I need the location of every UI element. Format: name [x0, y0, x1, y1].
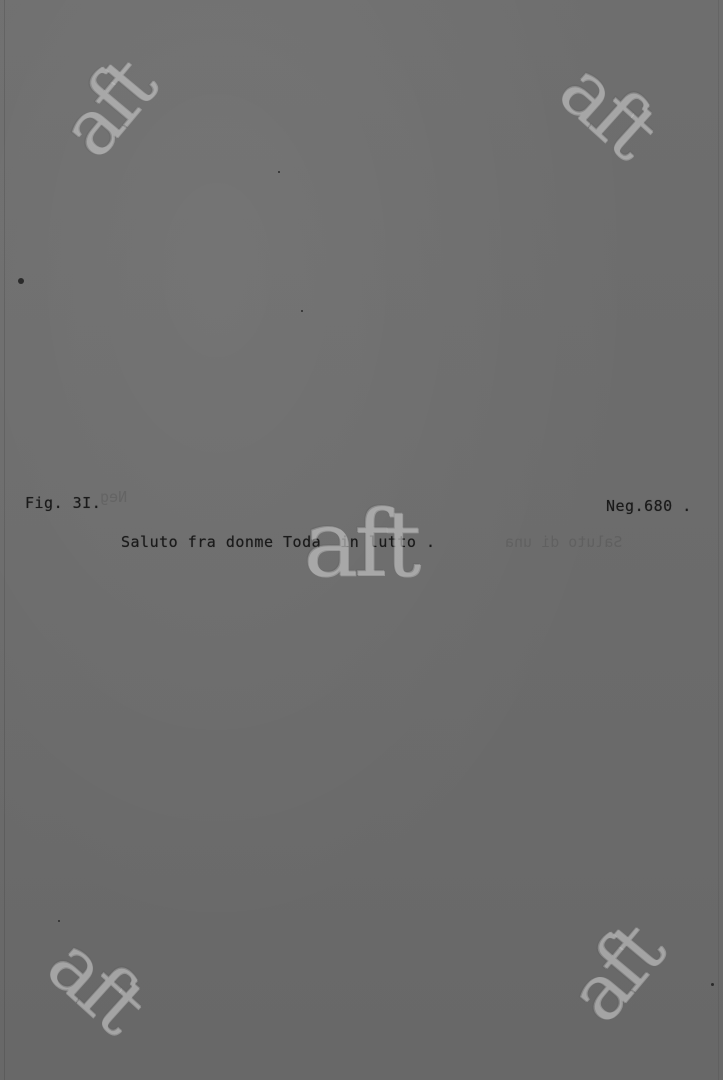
watermark-center: aft — [303, 498, 417, 590]
dust-speck — [711, 983, 714, 986]
dust-speck — [278, 171, 280, 173]
watermark-top-right: aft — [546, 48, 669, 169]
dust-speck — [301, 310, 303, 312]
negative-number: Neg.680 . — [606, 497, 692, 515]
dust-speck — [58, 920, 60, 922]
figure-label: Fig. 3I. — [25, 494, 101, 512]
watermark-bottom-right: aft — [555, 913, 676, 1036]
bleed-through-label: Neg — [100, 488, 127, 506]
bleed-through-caption: Saluto di una — [505, 533, 622, 551]
dust-speck — [18, 278, 24, 284]
archival-caption-card: Saluto di una Neg Fig. 3I. Neg.680 . Sal… — [0, 0, 723, 1080]
watermark-bottom-left: aft — [34, 923, 157, 1044]
paper-edge-left — [4, 0, 5, 1080]
watermark-top-left: aft — [47, 48, 168, 171]
paper-edge-right — [718, 0, 719, 1080]
